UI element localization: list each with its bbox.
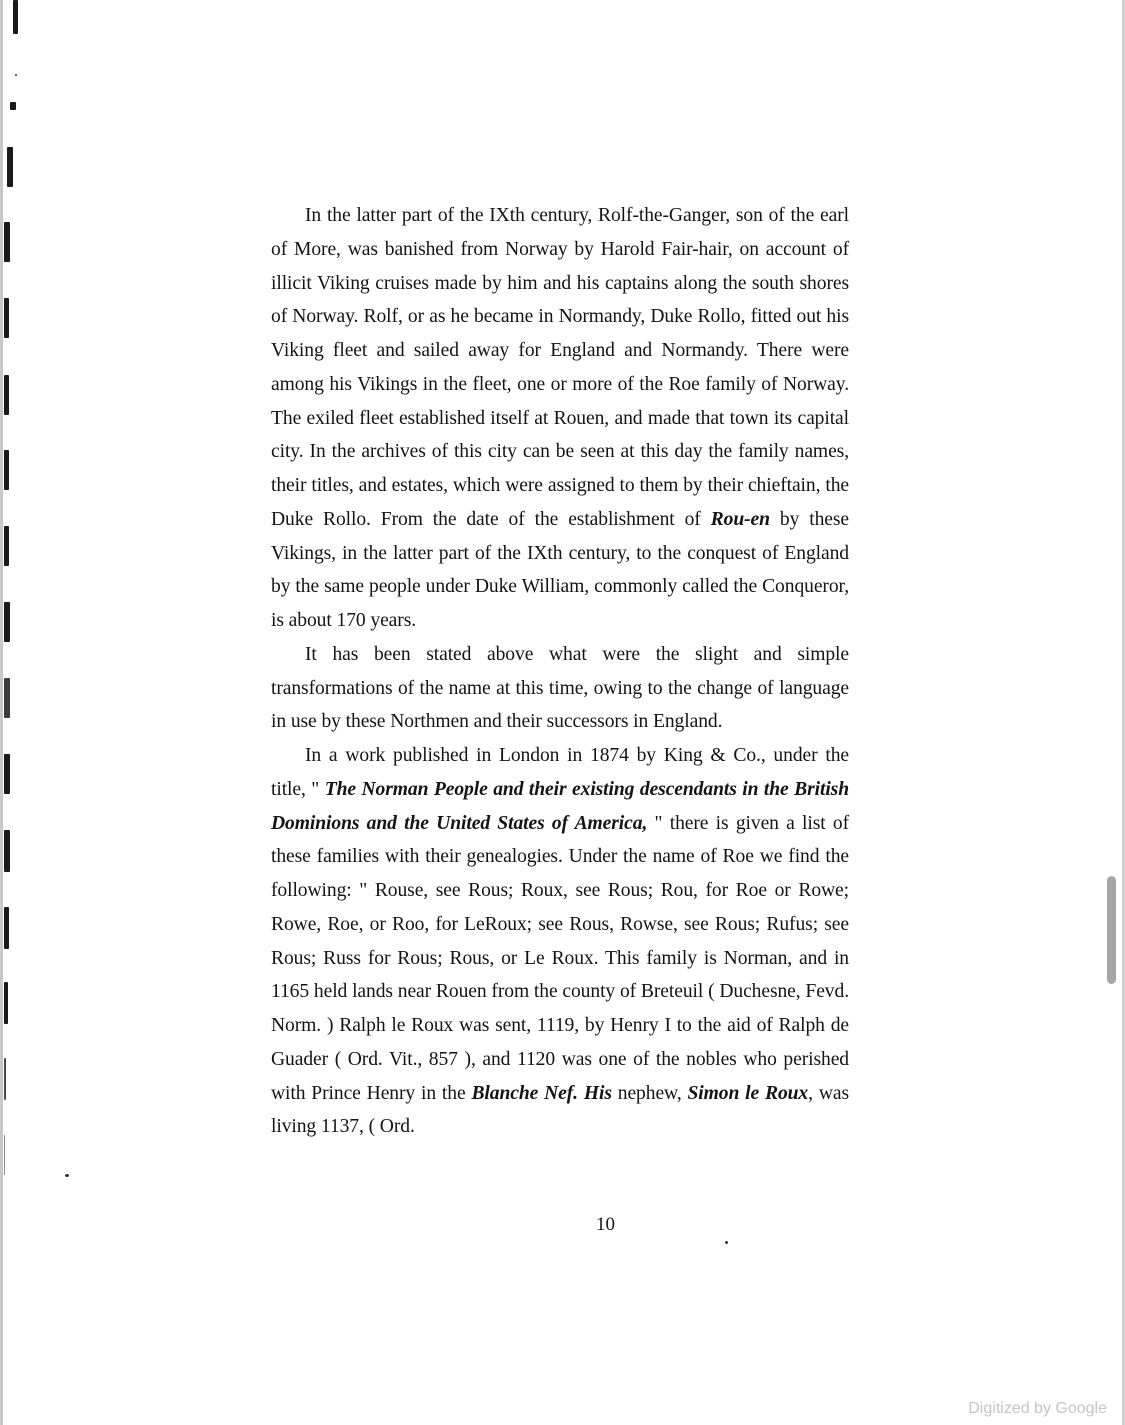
gutter-mark	[4, 526, 9, 566]
paragraph-1: In the latter part of the IXth century, …	[271, 199, 849, 638]
gutter-mark	[10, 102, 16, 110]
gutter-mark	[4, 1135, 5, 1175]
gutter-mark	[4, 1058, 6, 1100]
scan-speck	[15, 74, 17, 76]
paragraph-3-italic-simon-le-roux: Simon le Roux	[688, 1083, 809, 1104]
gutter-mark	[7, 147, 13, 187]
scrollbar-thumb[interactable]	[1107, 876, 1116, 984]
scan-speck	[725, 1241, 728, 1244]
gutter-mark	[4, 754, 10, 794]
document-viewer: In the latter part of the IXth century, …	[0, 0, 1125, 1425]
gutter-mark	[4, 982, 8, 1024]
paragraph-2: It has been stated above what were the s…	[271, 638, 849, 739]
gutter-mark	[4, 222, 10, 262]
body-text: In the latter part of the IXth century, …	[271, 199, 849, 1144]
gutter-mark	[4, 602, 10, 642]
paragraph-1-italic-rou-en: Rou-en	[711, 509, 770, 530]
gutter-mark	[4, 375, 9, 415]
gutter-mark	[4, 830, 10, 872]
paragraph-1-text-a: In the latter part of the IXth century, …	[271, 205, 849, 530]
page-number: 10	[3, 1214, 1122, 1236]
scanned-page: In the latter part of the IXth century, …	[3, 0, 1122, 1425]
scan-speck	[65, 1174, 69, 1177]
digitized-by-google-watermark: Digitized by Google	[968, 1400, 1107, 1418]
gutter-mark	[4, 907, 9, 949]
paragraph-3-text-c: nephew,	[612, 1083, 688, 1104]
paragraph-3: In a work published in London in 1874 by…	[271, 739, 849, 1144]
gutter-mark	[4, 450, 9, 490]
paragraph-2-text: It has been stated above what were the s…	[271, 644, 849, 733]
gutter-mark	[13, 0, 18, 34]
gutter-mark	[4, 298, 9, 338]
paragraph-3-italic-blanche-nef: Blanche Nef. His	[471, 1083, 611, 1104]
gutter-mark	[4, 678, 10, 718]
paragraph-3-text-b: " there is given a list of these familie…	[271, 813, 849, 1104]
